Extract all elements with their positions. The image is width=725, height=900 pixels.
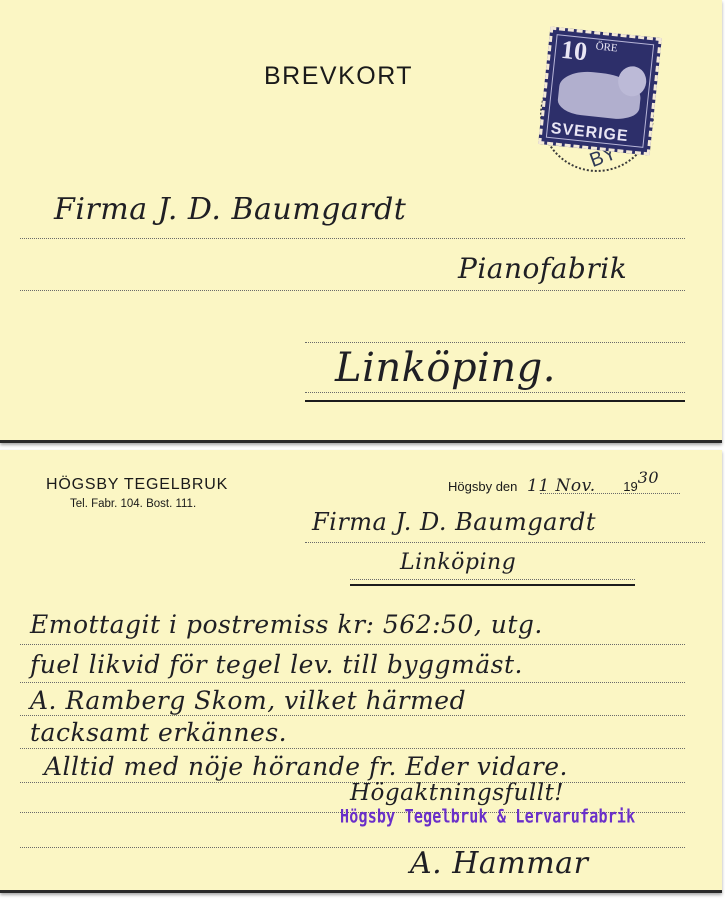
postage-stamp: 10 ÖRE SVERIGE: [538, 26, 662, 155]
message-rule-2: [20, 682, 685, 683]
address-underline: [305, 400, 685, 402]
address-line-3: Linköping.: [335, 345, 556, 391]
message-line-3: A. Ramberg Skom, vilket härmed: [30, 686, 466, 715]
company-phone: Tel. Fabr. 104. Bost. 111.: [70, 498, 196, 510]
recipient-rule-2: [350, 579, 635, 580]
stamp-value: 10: [560, 35, 589, 68]
address-rule-1: [20, 238, 685, 239]
signature: A. Hammar: [410, 846, 588, 881]
recipient-underline: [350, 584, 635, 586]
address-line-1: Firma J. D. Baumgardt: [54, 192, 406, 227]
recipient-line-1: Firma J. D. Baumgardt: [312, 508, 596, 536]
message-line-2: fuel likvid för tegel lev. till byggmäst…: [30, 650, 523, 679]
message-rule-4: [20, 748, 685, 749]
address-rule-3: [305, 342, 685, 343]
stamp-unit: ÖRE: [595, 40, 618, 54]
postcard-front: BREVKORT BY 10 ÖRE SVERIGE Firma J. D. B…: [0, 0, 722, 443]
year-printed: 19: [623, 479, 637, 494]
postage-stamp-area: BY 10 ÖRE SVERIGE: [530, 28, 670, 168]
company-name: HÖGSBY TEGELBRUK: [46, 476, 228, 494]
message-line-5: Alltid med nöje hörande fr. Eder vidare.: [44, 752, 568, 781]
recipient-line-2: Linköping: [400, 550, 516, 575]
postcard-back: HÖGSBY TEGELBRUK Tel. Fabr. 104. Bost. 1…: [0, 450, 722, 893]
message-line-4: tacksamt erkännes.: [30, 718, 287, 747]
card-title: BREVKORT: [264, 62, 413, 91]
address-rule-4: [305, 392, 685, 393]
address-rule-2: [20, 290, 685, 291]
message-line-1: Emottagit i postremiss kr: 562:50, utg.: [30, 610, 543, 639]
message-rule-1: [20, 644, 685, 645]
address-line-2: Pianofabrik: [458, 252, 627, 285]
date-rule: [540, 493, 680, 494]
year-handwritten: 30: [638, 468, 659, 487]
recipient-rule-1: [305, 542, 705, 543]
company-rubber-stamp: Högsby Tegelbruk & Lervarufabrik: [340, 805, 635, 828]
message-rule-3: [20, 715, 685, 716]
closing-line: Högaktningsfullt!: [350, 780, 564, 806]
place-prefix: Högsby den: [448, 479, 517, 494]
